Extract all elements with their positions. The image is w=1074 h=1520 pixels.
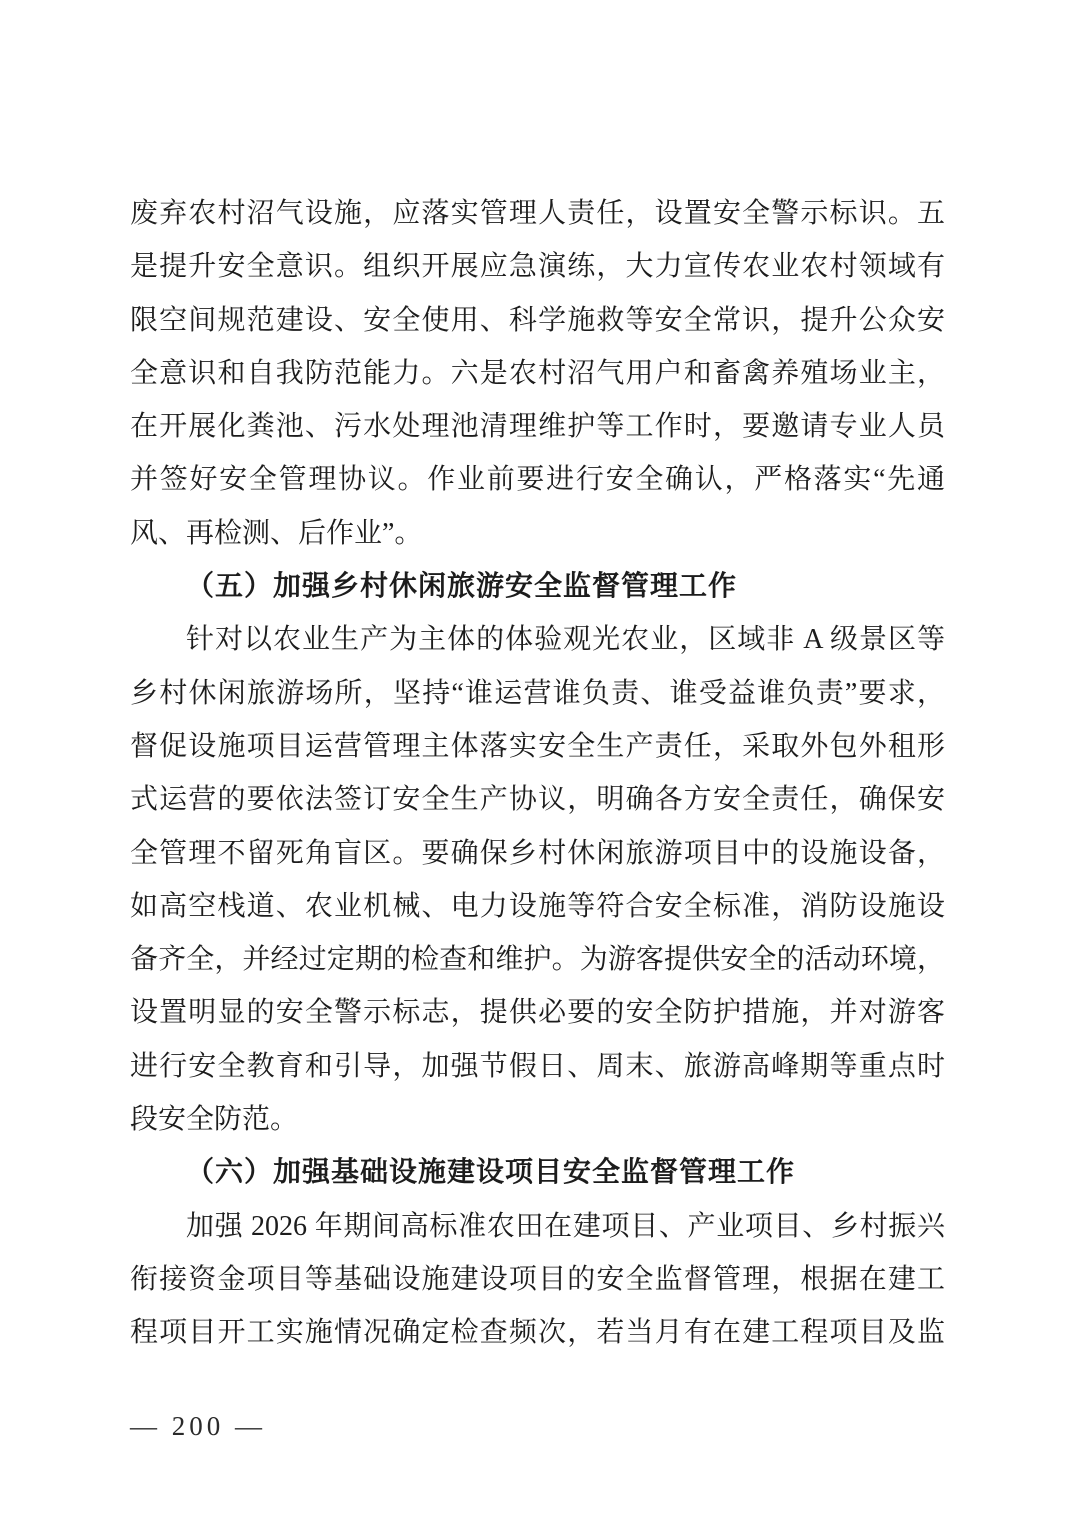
text-line: 备齐全，并经过定期的检查和维护。为游客提供安全的活动环境， [130, 933, 945, 986]
text-line: 风、再检测、后作业”。 [130, 507, 945, 560]
text-line: 针对以农业生产为主体的体验观光农业，区域非 A 级景区等 [130, 613, 945, 666]
text-line: 进行安全教育和引导，加强节假日、周末、旅游高峰期等重点时 [130, 1040, 945, 1093]
text-line: 乡村休闲旅游场所，坚持“谁运营谁负责、谁受益谁负责”要求， [130, 667, 945, 720]
text-line: 督促设施项目运营管理主体落实安全生产责任，采取外包外租形 [130, 720, 945, 773]
text-line: 限空间规范建设、安全使用、科学施救等安全常识，提升公众安 [130, 294, 945, 347]
text-line: 式运营的要依法签订安全生产协议，明确各方安全责任，确保安 [130, 773, 945, 826]
text-line: 加强 2026 年期间高标准农田在建项目、产业项目、乡村振兴 [130, 1200, 945, 1253]
page-number: — 200 — [130, 1410, 266, 1442]
text-line: 全意识和自我防范能力。六是农村沼气用户和畜禽养殖场业主， [130, 347, 945, 400]
text-line: （六）加强基础设施建设项目安全监督管理工作 [130, 1146, 945, 1199]
text-line: 在开展化粪池、污水处理池清理维护等工作时，要邀请专业人员 [130, 400, 945, 453]
text-line: 全管理不留死角盲区。要确保乡村休闲旅游项目中的设施设备， [130, 827, 945, 880]
text-line: 废弃农村沼气设施，应落实管理人责任，设置安全警示标识。五 [130, 187, 945, 240]
text-line: 并签好安全管理协议。作业前要进行安全确认，严格落实“先通 [130, 453, 945, 506]
text-line: 衔接资金项目等基础设施建设项目的安全监督管理，根据在建工 [130, 1253, 945, 1306]
text-line: 如高空栈道、农业机械、电力设施等符合安全标准，消防设施设 [130, 880, 945, 933]
text-line: 设置明显的安全警示标志，提供必要的安全防护措施，并对游客 [130, 986, 945, 1039]
text-line: 程项目开工实施情况确定检查频次，若当月有在建工程项目及监 [130, 1306, 945, 1359]
text-line: 段安全防范。 [130, 1093, 945, 1146]
document-body: 废弃农村沼气设施，应落实管理人责任，设置安全警示标识。五是提升安全意识。组织开展… [130, 187, 945, 1360]
text-line: 是提升安全意识。组织开展应急演练，大力宣传农业农村领域有 [130, 240, 945, 293]
text-line: （五）加强乡村休闲旅游安全监督管理工作 [130, 560, 945, 613]
document-page: 废弃农村沼气设施，应落实管理人责任，设置安全警示标识。五是提升安全意识。组织开展… [0, 0, 1074, 1520]
